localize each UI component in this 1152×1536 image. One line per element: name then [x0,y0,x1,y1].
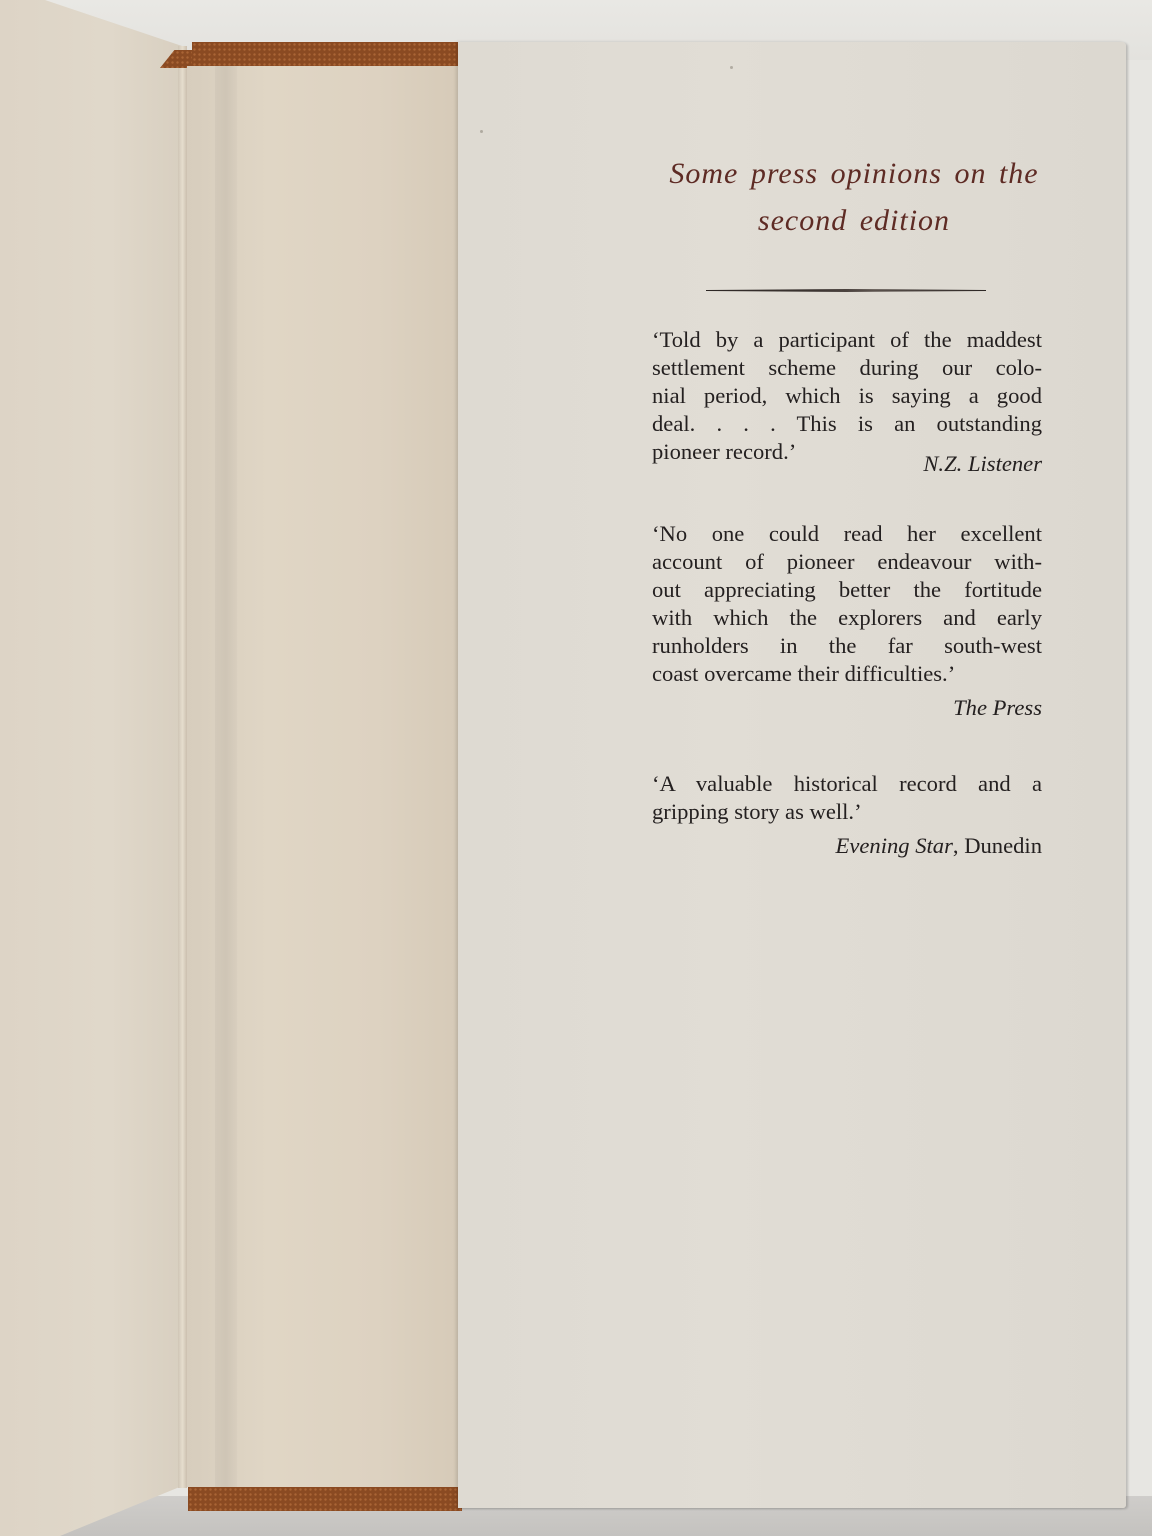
flap-heading: Some press opinions on the second editio… [654,150,1054,244]
source-name: The Press [953,695,1042,720]
heading-line-1: Some press opinions on the [654,150,1054,197]
quote-line: ‘Told by a participant of the maddest [652,326,1042,354]
quote-line: account of pioneer endeavour with- [652,548,1042,576]
quote-source: The Press [652,694,1042,722]
quote-line: deal. . . . This is an outstanding [652,410,1042,438]
left-book-page [0,0,182,1536]
quote-line: runholders in the far south-west [652,632,1042,660]
cloth-board-edge-bottom [188,1487,462,1511]
heading-line-2: second edition [654,197,1054,244]
book-gutter [178,46,187,1488]
quote-line: nial period, which is saying a good [652,382,1042,410]
source-suffix: , Dunedin [953,833,1042,858]
quote-line: ‘A valuable historical record and a [652,770,1042,798]
quote-line: ‘No one could read her excellent [652,520,1042,548]
paper-speck [730,66,733,69]
press-quote: ‘A valuable historical record and a grip… [652,770,1042,860]
decorative-rule [706,289,986,292]
source-name: Evening Star [836,833,953,858]
quote-line: gripping story as well.’ [652,798,1042,826]
press-quote: ‘Told by a participant of the maddest se… [652,326,1042,478]
quote-line: with which the explorers and early [652,604,1042,632]
source-name: N.Z. Listener [923,451,1042,476]
quote-line: coast overcame their difficulties.’ [652,660,1042,688]
cloth-board-edge-top [192,42,462,66]
press-quote: ‘No one could read her excellent account… [652,520,1042,722]
dust-jacket-flap: Some press opinions on the second editio… [458,42,1126,1508]
quote-line: out appreciating better the fortitude [652,576,1042,604]
quote-source: Evening Star, Dunedin [652,832,1042,860]
endpaper-fold-shadow [215,66,237,1487]
paper-speck [480,130,483,133]
quote-line: settlement scheme during our colo- [652,354,1042,382]
